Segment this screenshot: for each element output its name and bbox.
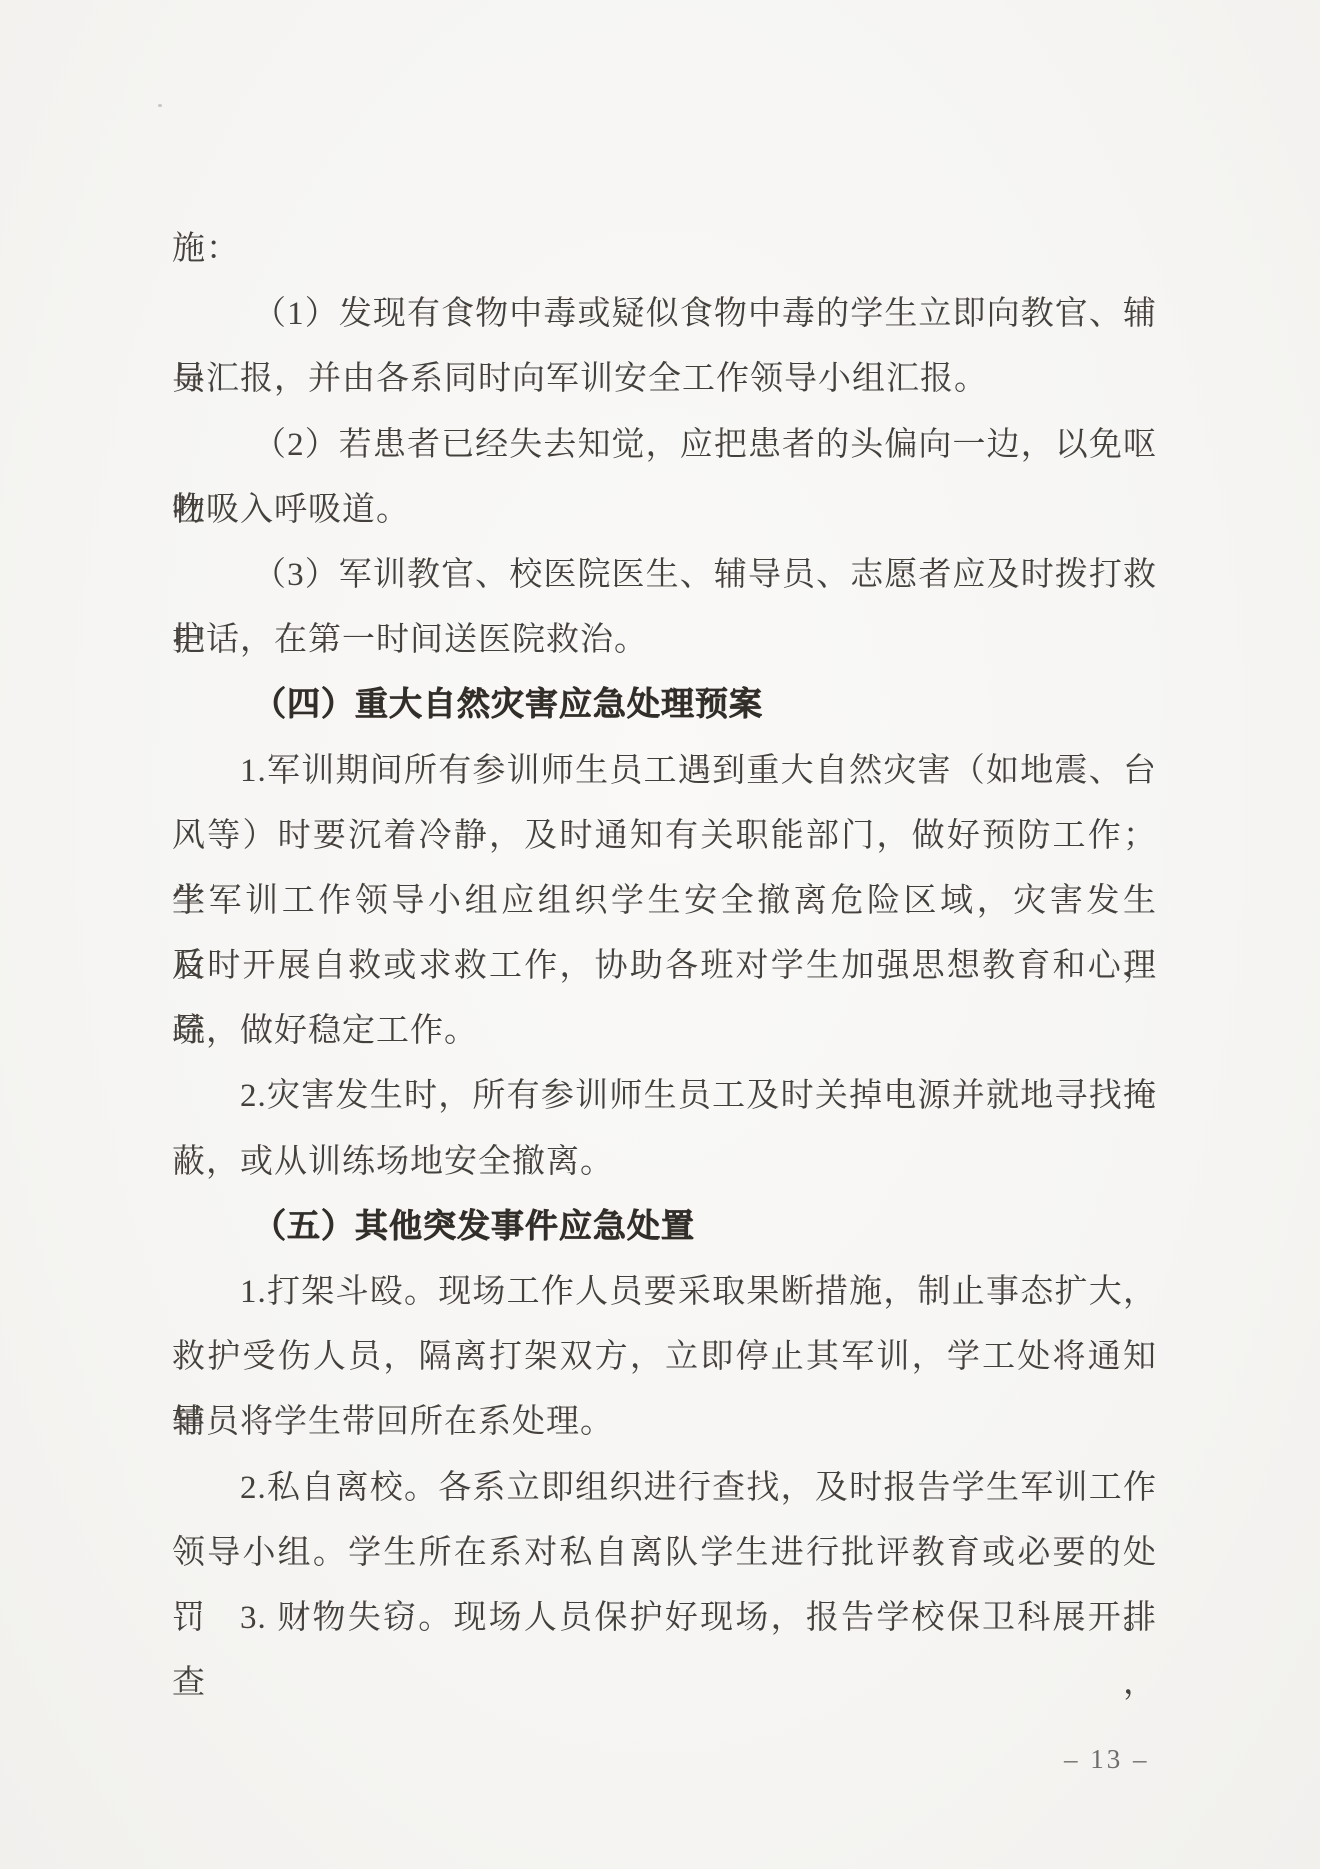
text-line: 生军训工作领导小组应组织学生安全撤离危险区域，灾害发生后， [172, 869, 1157, 934]
text-line: 蔽，或从训练场地安全撤离。 [172, 1130, 1157, 1195]
text-line: 3. 财物失窃。现场人员保护好现场，报告学校保卫科展开排查， [172, 1586, 1157, 1651]
document-page: 施： （1）发现有食物中毒或疑似食物中毒的学生立即向教官、辅导 员汇报，并由各系… [0, 0, 1320, 1869]
text-line: 1.打架斗殴。现场工作人员要采取果断措施，制止事态扩大， [172, 1260, 1157, 1325]
text-line: 2.灾害发生时，所有参训师生员工及时关掉电源并就地寻找掩 [172, 1064, 1157, 1129]
section-heading: （四）重大自然灾害应急处理预案 [172, 673, 1157, 738]
text-line: 1.军训期间所有参训师生员工遇到重大自然灾害（如地震、台 [172, 739, 1157, 804]
text-line: （3）军训教官、校医院医生、辅导员、志愿者应及时拨打救护 [172, 543, 1157, 608]
text-line: 及时开展自救或求救工作，协助各班对学生加强思想教育和心理疏 [172, 934, 1157, 999]
text-line: 导，做好稳定工作。 [172, 999, 1157, 1064]
text-line: 2.私自离校。各系立即组织进行查找，及时报告学生军训工作 [172, 1456, 1157, 1521]
text-line: 员汇报，并由各系同时向军训安全工作领导小组汇报。 [172, 347, 1157, 412]
text-line: 救护受伤人员，隔离打架双方，立即停止其军训，学工处将通知辅 [172, 1325, 1157, 1390]
page-number: – 13 – [1064, 1744, 1150, 1775]
text-line: 导员将学生带回所在系处理。 [172, 1390, 1157, 1455]
text-line: （2）若患者已经失去知觉，应把患者的头偏向一边，以免呕吐 [172, 413, 1157, 478]
text-line: 领导小组。学生所在系对私自离队学生进行批评教育或必要的处罚。 [172, 1521, 1157, 1586]
text-line: 风等）时要沉着冷静，及时通知有关职能部门，做好预防工作；学 [172, 804, 1157, 869]
text-line: 物吸入呼吸道。 [172, 478, 1157, 543]
scan-speck [158, 104, 162, 107]
text-line: 电话，在第一时间送医院救治。 [172, 608, 1157, 673]
section-heading: （五）其他突发事件应急处置 [172, 1195, 1157, 1260]
text-line: 施： [172, 217, 1157, 282]
text-line: （1）发现有食物中毒或疑似食物中毒的学生立即向教官、辅导 [172, 282, 1157, 347]
document-body: 施： （1）发现有食物中毒或疑似食物中毒的学生立即向教官、辅导 员汇报，并由各系… [172, 217, 1157, 1651]
